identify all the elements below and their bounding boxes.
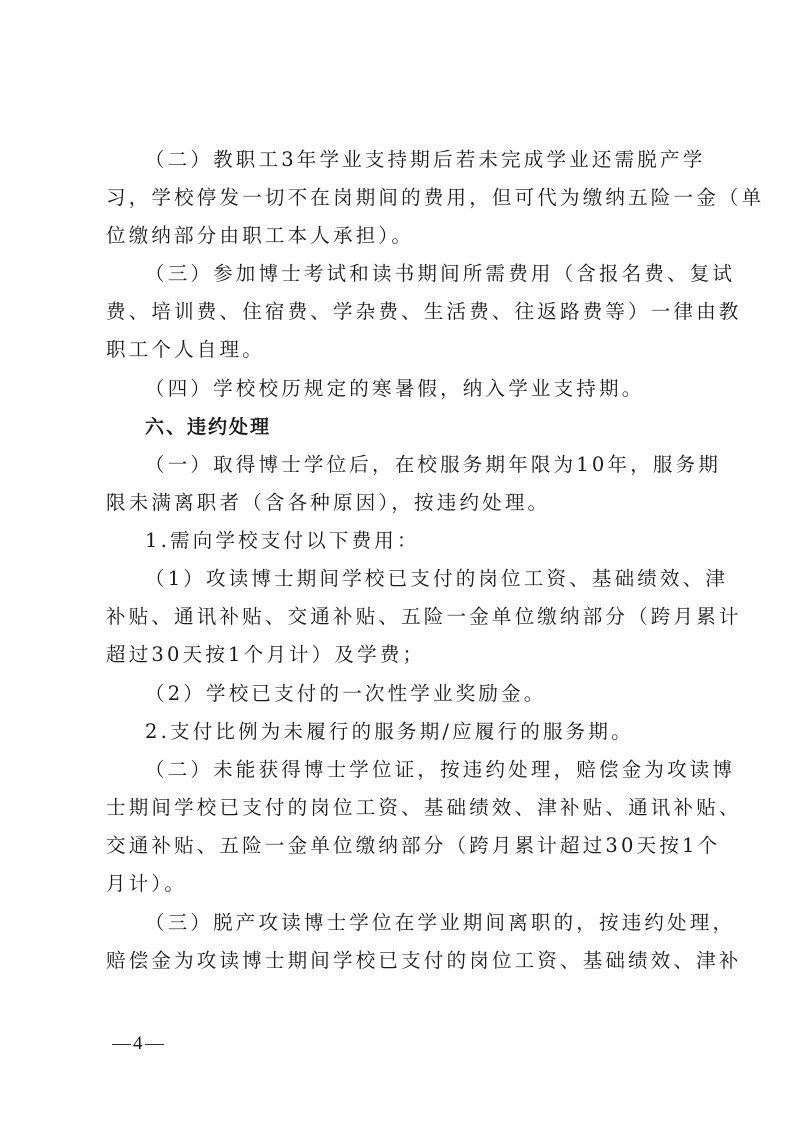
paragraph-line: （三）参加博士考试和读书期间所需费用（含报名费、复试 <box>145 260 690 288</box>
page-number-value: 4 <box>133 1033 143 1055</box>
paragraph-line: 交通补贴、五险一金单位缴纳部分（跨月累计超过30天按1个 <box>106 832 690 860</box>
paragraph-line: 补贴、通讯补贴、交通补贴、五险一金单位缴纳部分（跨月累计 <box>106 603 690 631</box>
paragraph-line: 1.需向学校支付以下费用： <box>145 527 690 555</box>
paragraph-line: 月计）。 <box>106 870 690 898</box>
document-page: （二）教职工3年学业支持期后若未完成学业还需脱产学习，学校停发一切不在岗期间的费… <box>0 0 794 1122</box>
paragraph-line: 职工个人自理。 <box>106 336 690 364</box>
page-number-dash-right <box>145 1044 164 1045</box>
paragraph-line: 2.支付比例为未履行的服务期/应履行的服务期。 <box>145 718 690 746</box>
paragraph-line: （2）学校已支付的一次性学业奖励金。 <box>145 680 690 708</box>
paragraph-line: 费、培训费、住宿费、学杂费、生活费、往返路费等）一律由教 <box>106 298 690 326</box>
paragraph-line: （二）教职工3年学业支持期后若未完成学业还需脱产学 <box>145 146 690 174</box>
section-heading: 六、违约处理 <box>145 413 690 441</box>
paragraph-line: （三）脱产攻读博士学位在学业期间离职的，按违约处理， <box>145 909 690 937</box>
paragraph-line: 赔偿金为攻读博士期间学校已支付的岗位工资、基础绩效、津补 <box>106 947 690 975</box>
paragraph-line: （1）攻读博士期间学校已支付的岗位工资、基础绩效、津 <box>145 565 690 593</box>
paragraph-line: 超过30天按1个月计）及学费； <box>106 641 690 669</box>
paragraph-line: （二）未能获得博士学位证，按违约处理，赔偿金为攻读博 <box>145 756 690 784</box>
paragraph-line: 限未满离职者（含各种原因），按违约处理。 <box>106 489 690 517</box>
paragraph-line: 士期间学校已支付的岗位工资、基础绩效、津补贴、通讯补贴、 <box>106 794 690 822</box>
paragraph-line: 习，学校停发一切不在岗期间的费用，但可代为缴纳五险一金（单 <box>106 184 690 212</box>
paragraph-line: （一）取得博士学位后，在校服务期年限为10年，服务期 <box>145 451 690 479</box>
page-number-dash-left <box>112 1044 131 1045</box>
paragraph-line: 位缴纳部分由职工本人承担）。 <box>106 222 690 250</box>
page-number: 4 <box>112 1032 164 1056</box>
paragraph-line: （四）学校校历规定的寒暑假，纳入学业支持期。 <box>145 375 690 403</box>
